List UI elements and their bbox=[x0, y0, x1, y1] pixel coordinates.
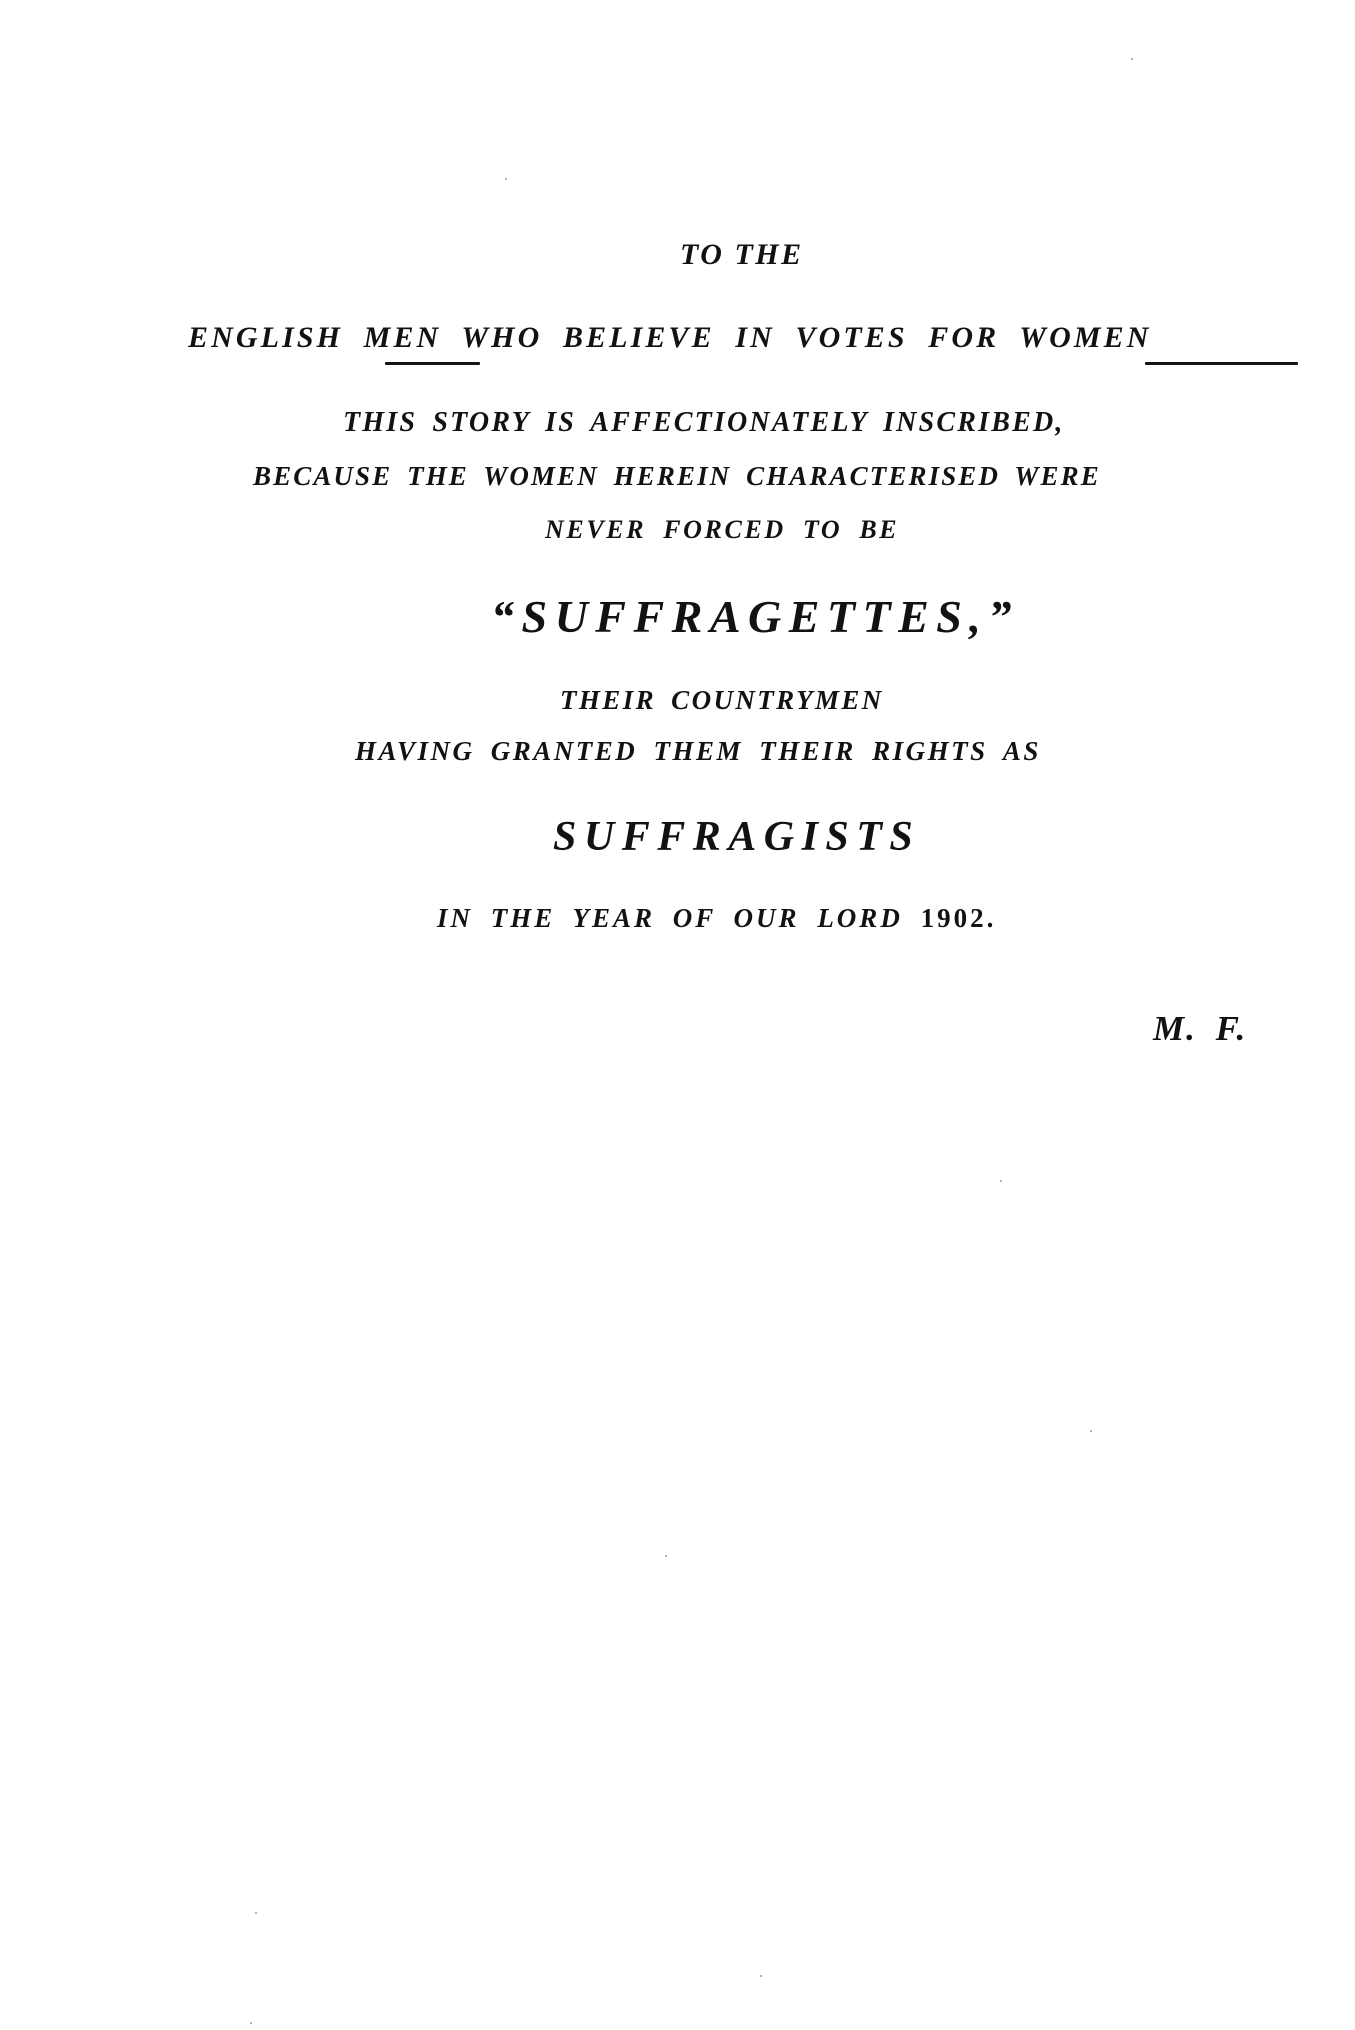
scan-speck bbox=[760, 1975, 762, 1977]
underline-men bbox=[385, 362, 480, 365]
dedication-line-never-forced: NEVER FORCED TO BE bbox=[545, 517, 899, 543]
dedication-line-year: IN THE YEAR OF OUR LORD 1902. bbox=[437, 905, 996, 932]
underline-women bbox=[1145, 362, 1298, 365]
dedication-recipients-line: ENGLISH MEN WHO BELIEVE IN VOTES FOR WOM… bbox=[188, 323, 1152, 353]
word-women-underlined: WOMEN bbox=[1019, 321, 1151, 354]
dedication-heading-to-the: TO THE bbox=[680, 240, 804, 270]
scan-speck bbox=[1131, 58, 1133, 60]
scan-speck bbox=[1090, 1430, 1092, 1432]
dedication-line-because: BECAUSE THE WOMEN HEREIN CHARACTERISED W… bbox=[253, 463, 1101, 490]
word-english: ENGLISH bbox=[188, 321, 343, 354]
scan-speck bbox=[505, 178, 507, 180]
dedication-suffragists-heading: SUFFRAGISTS bbox=[553, 816, 920, 858]
dedication-suffragettes-heading: “SUFFRAGETTES,” bbox=[491, 594, 1019, 640]
scan-speck bbox=[255, 1912, 257, 1914]
year-prefix: IN THE YEAR OF OUR LORD bbox=[437, 903, 903, 933]
author-initials-signature: M. F. bbox=[1153, 1011, 1247, 1046]
scan-speck bbox=[1000, 1180, 1002, 1182]
scan-speck bbox=[250, 2022, 252, 2024]
dedication-line-countrymen: THEIR COUNTRYMEN bbox=[560, 687, 884, 714]
word-men-underlined: MEN bbox=[364, 321, 442, 354]
words-who-believe-in-votes-for: WHO BELIEVE IN VOTES FOR bbox=[461, 321, 999, 354]
dedication-line-having-granted: HAVING GRANTED THEM THEIR RIGHTS AS bbox=[355, 738, 1041, 765]
dedication-line-inscribed: THIS STORY IS AFFECTIONATELY INSCRIBED, bbox=[343, 409, 1065, 437]
book-dedication-page: TO THE ENGLISH MEN WHO BELIEVE IN VOTES … bbox=[0, 0, 1355, 2030]
year-number: 1902. bbox=[921, 903, 997, 933]
scan-speck bbox=[665, 1555, 667, 1557]
